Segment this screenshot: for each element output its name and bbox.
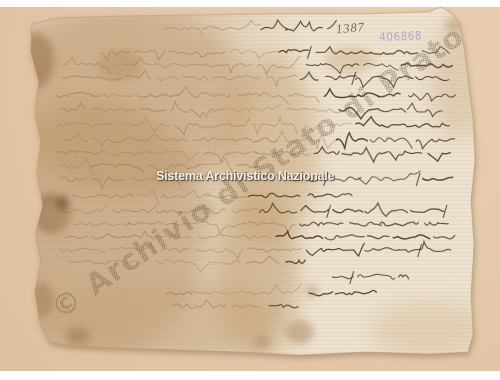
archival-number-stamp: 406868 [379, 28, 422, 44]
scanned-manuscript-view: © Archivio di Stato di Prato Sistema Arc… [0, 0, 500, 380]
san-watermark: Sistema Archivistico Nazionale [156, 169, 334, 183]
handwritten-year: 1387 [335, 20, 365, 37]
manuscript-page: © Archivio di Stato di Prato [0, 0, 500, 380]
